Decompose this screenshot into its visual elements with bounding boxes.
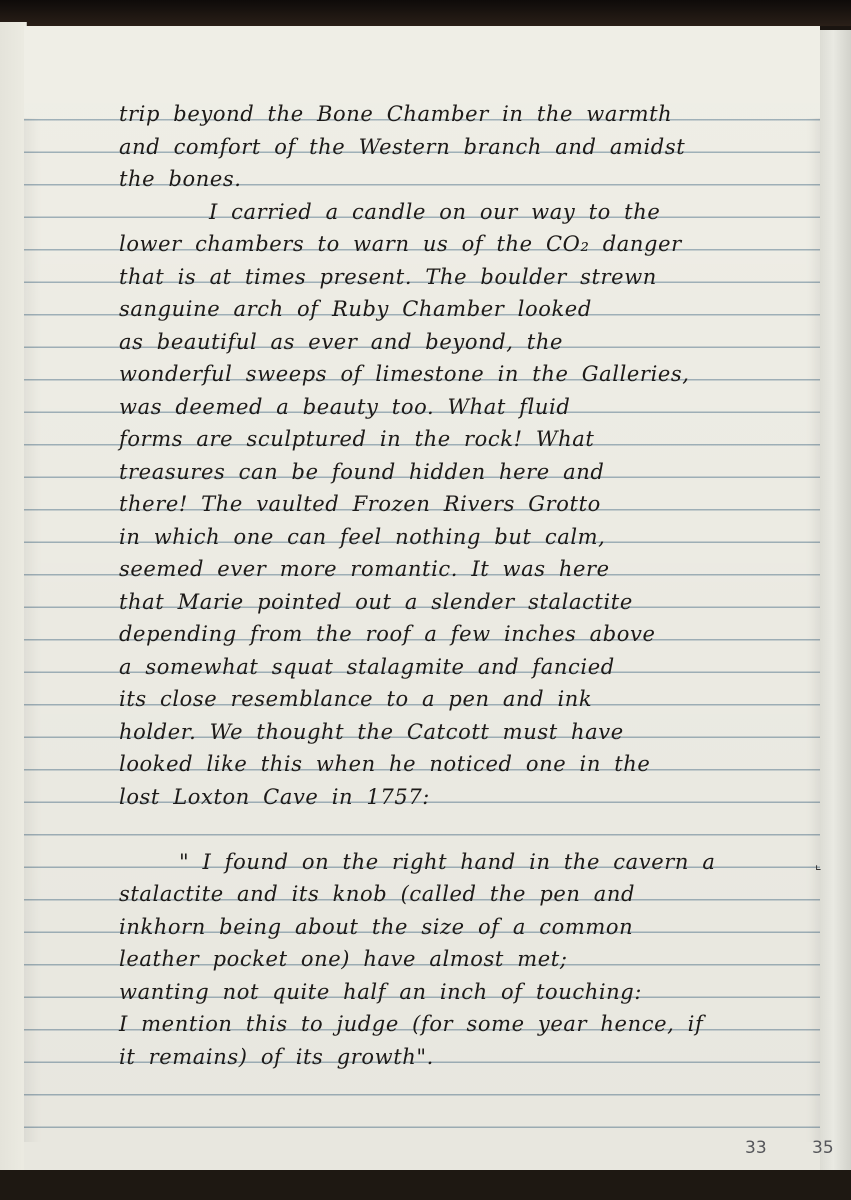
quote-line: wanting not quite half an inch of touchi…: [119, 976, 809, 1009]
quote-start-line: " I found on the right hand in the caver…: [119, 846, 809, 879]
margin-mark: ⌞: [815, 857, 822, 873]
text-line: that Marie pointed out a slender stalact…: [119, 586, 809, 619]
text-line: in which one can feel nothing but calm,: [119, 521, 809, 554]
text-line: depending from the roof a few inches abo…: [119, 618, 809, 651]
text-line: forms are sculptured in the rock! What: [119, 423, 809, 456]
notebook-page: trip beyond the Bone Chamber in the warm…: [24, 26, 820, 1172]
text-line: a somewhat squat stalagmite and fancied: [119, 651, 809, 684]
text-line: sanguine arch of Ruby Chamber looked: [119, 293, 809, 326]
quote-line: it remains) of its growth".: [119, 1041, 809, 1074]
facing-page-edge: [0, 22, 27, 1172]
background-top: [0, 0, 851, 26]
text-line: wonderful sweeps of limestone in the Gal…: [119, 358, 809, 391]
blank-line: [119, 813, 809, 846]
text-line: was deemed a beauty too. What fluid: [119, 391, 809, 424]
text-line: lost Loxton Cave in 1757:: [119, 781, 809, 814]
paragraph-start-line: I carried a candle on our way to the: [119, 196, 809, 229]
text-line: as beautiful as ever and beyond, the: [119, 326, 809, 359]
text-line: and comfort of the Western branch and am…: [119, 131, 809, 164]
text-line: holder. We thought the Catcott must have: [119, 716, 809, 749]
background-bottom: [0, 1170, 851, 1200]
quote-line: I mention this to judge (for some year h…: [119, 1008, 809, 1041]
text-line: its close resemblance to a pen and ink: [119, 683, 809, 716]
handwritten-text: trip beyond the Bone Chamber in the warm…: [119, 98, 809, 1073]
text-line: seemed ever more romantic. It was here: [119, 553, 809, 586]
page-stack-edge: [818, 30, 851, 1180]
underlying-page-number: 35: [812, 1138, 834, 1158]
page-number: 33: [745, 1138, 767, 1158]
bottom-margin: [24, 1142, 820, 1172]
text-line: that is at times present. The boulder st…: [119, 261, 809, 294]
quote-line: stalactite and its knob (called the pen …: [119, 878, 809, 911]
text-line: there! The vaulted Frozen Rivers Grotto: [119, 488, 809, 521]
text-line: the bones.: [119, 163, 809, 196]
text-line: treasures can be found hidden here and: [119, 456, 809, 489]
text-line: looked like this when he noticed one in …: [119, 748, 809, 781]
text-line: lower chambers to warn us of the CO₂ dan…: [119, 228, 809, 261]
quote-line: leather pocket one) have almost met;: [119, 943, 809, 976]
quote-line: inkhorn being about the size of a common: [119, 911, 809, 944]
text-line: trip beyond the Bone Chamber in the warm…: [119, 98, 809, 131]
